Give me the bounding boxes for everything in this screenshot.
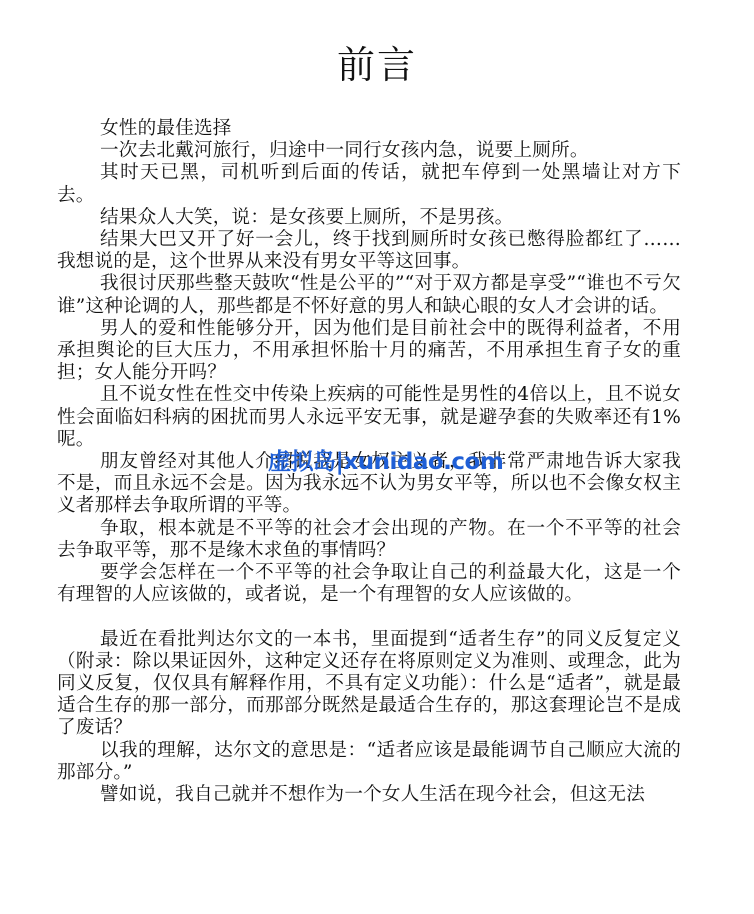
paragraph: 要学会怎样在一个不平等的社会争取让自己的利益最大化，这是一个有理智的人应该做的，… xyxy=(57,562,681,606)
paragraph: 结果大巴又开了好一会儿，终于找到厕所时女孩已憋得脸都红了……我想说的是，这个世界… xyxy=(57,229,681,273)
paragraph: 且不说女性在性交中传染上疾病的可能性是男性的4倍以上，且不说女性会面临妇科病的困… xyxy=(57,384,681,451)
section-heading: 女性的最佳选择 xyxy=(57,118,681,140)
paragraph: 以我的理解，达尔文的意思是：“适者应该是最能调节自己顺应大流的那部分。” xyxy=(57,740,681,784)
watermark: 虚拟岛|xunidao.com xyxy=(268,443,503,476)
page-title: 前言 xyxy=(0,34,754,89)
paragraph: 我很讨厌那些整天鼓吹“性是公平的”“对于双方都是享受”“谁也不亏欠谁”这种论调的… xyxy=(57,273,681,317)
paragraph: 结果众人大笑，说：是女孩要上厕所，不是男孩。 xyxy=(57,207,681,229)
paragraph: 最近在看批判达尔文的一本书，里面提到“适者生存”的同义反复定义（附录：除以果证因… xyxy=(57,629,681,740)
paragraph: 一次去北戴河旅行，归途中一同行女孩内急，说要上厕所。 xyxy=(57,140,681,162)
paragraph-spacer xyxy=(57,606,681,628)
paragraph: 其时天已黑，司机听到后面的传话，就把车停到一处黑墙让对方下去。 xyxy=(57,162,681,206)
paragraph: 争取，根本就是不平等的社会才会出现的产物。在一个不平等的社会去争取平等，那不是缘… xyxy=(57,518,681,562)
paragraph: 譬如说，我自己就并不想作为一个女人生活在现今社会，但这无法 xyxy=(57,784,681,806)
paragraph: 男人的爱和性能够分开，因为他们是目前社会中的既得利益者，不用承担舆论的巨大压力，… xyxy=(57,318,681,385)
